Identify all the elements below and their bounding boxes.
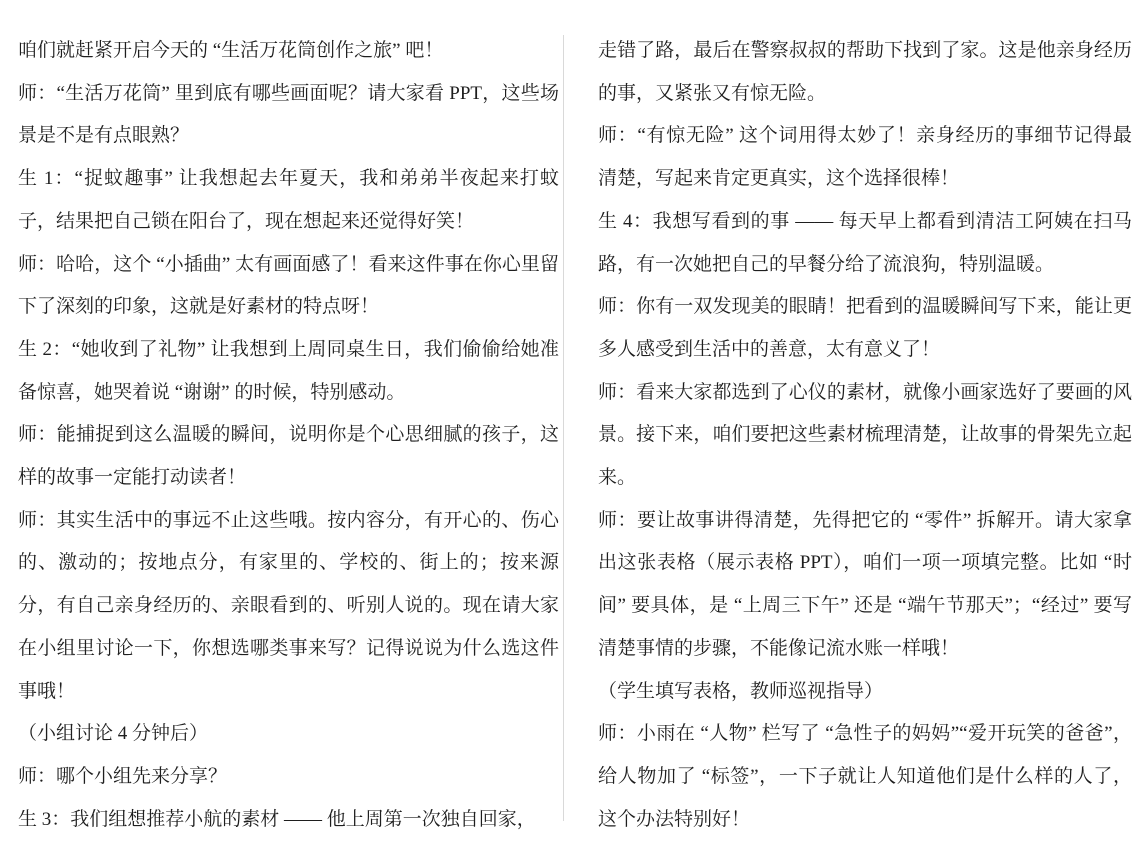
paragraph: 生 1：“捉蚊趣事” 让我想起去年夏天，我和弟弟半夜起来打蚊子，结果把自己锁在阳… (18, 158, 559, 243)
paragraph: 师：小雨在 “人物” 栏写了 “急性子的妈妈”“爱开玩笑的爸爸”，给人物加了 “… (598, 713, 1132, 841)
paragraph: 师：你有一双发现美的眼睛！把看到的温暖瞬间写下来，能让更多人感受到生活中的善意，… (598, 286, 1132, 371)
paragraph: 师：“生活万花筒” 里到底有哪些画面呢？请大家看 PPT，这些场景是不是有点眼熟… (18, 73, 559, 158)
paragraph: 咱们就赶紧开启今天的 “生活万花筒创作之旅” 吧！ (18, 30, 559, 73)
paragraph: （学生填写表格，教师巡视指导） (598, 671, 1132, 714)
paragraph: 师：要让故事讲得清楚，先得把它的 “零件” 拆解开。请大家拿出这张表格（展示表格… (598, 500, 1132, 671)
paragraph: 师：哈哈，这个 “小插曲” 太有画面感了！看来这件事在你心里留下了深刻的印象，这… (18, 244, 559, 329)
paragraph: 生 4：我想写看到的事 —— 每天早上都看到清洁工阿姨在扫马路，有一次她把自己的… (598, 201, 1132, 286)
paragraph: （小组讨论 4 分钟后） (18, 713, 559, 756)
text-column-left: 咱们就赶紧开启今天的 “生活万花筒创作之旅” 吧！师：“生活万花筒” 里到底有哪… (18, 30, 559, 841)
paragraph: 师：看来大家都选到了心仪的素材，就像小画家选好了要画的风景。接下来，咱们要把这些… (598, 372, 1132, 500)
document-page: 咱们就赶紧开启今天的 “生活万花筒创作之旅” 吧！师：“生活万花筒” 里到底有哪… (0, 0, 1135, 865)
text-column-right: 走错了路，最后在警察叔叔的帮助下找到了家。这是他亲身经历的事，又紧张又有惊无险。… (598, 30, 1132, 841)
paragraph: 师：“有惊无险” 这个词用得太妙了！亲身经历的事细节记得最清楚，写起来肯定更真实… (598, 115, 1132, 200)
column-divider (563, 35, 564, 821)
paragraph: 走错了路，最后在警察叔叔的帮助下找到了家。这是他亲身经历的事，又紧张又有惊无险。 (598, 30, 1132, 115)
paragraph: 生 2：“她收到了礼物” 让我想到上周同桌生日，我们偷偷给她准备惊喜，她哭着说 … (18, 329, 559, 414)
paragraph: 师：能捕捉到这么温暖的瞬间，说明你是个心思细腻的孩子，这样的故事一定能打动读者！ (18, 414, 559, 499)
paragraph: 师：哪个小组先来分享？ (18, 756, 559, 799)
paragraph: 生 3：我们组想推荐小航的素材 —— 他上周第一次独自回家， (18, 799, 559, 842)
paragraph: 师：其实生活中的事远不止这些哦。按内容分，有开心的、伤心的、激动的；按地点分，有… (18, 500, 559, 714)
